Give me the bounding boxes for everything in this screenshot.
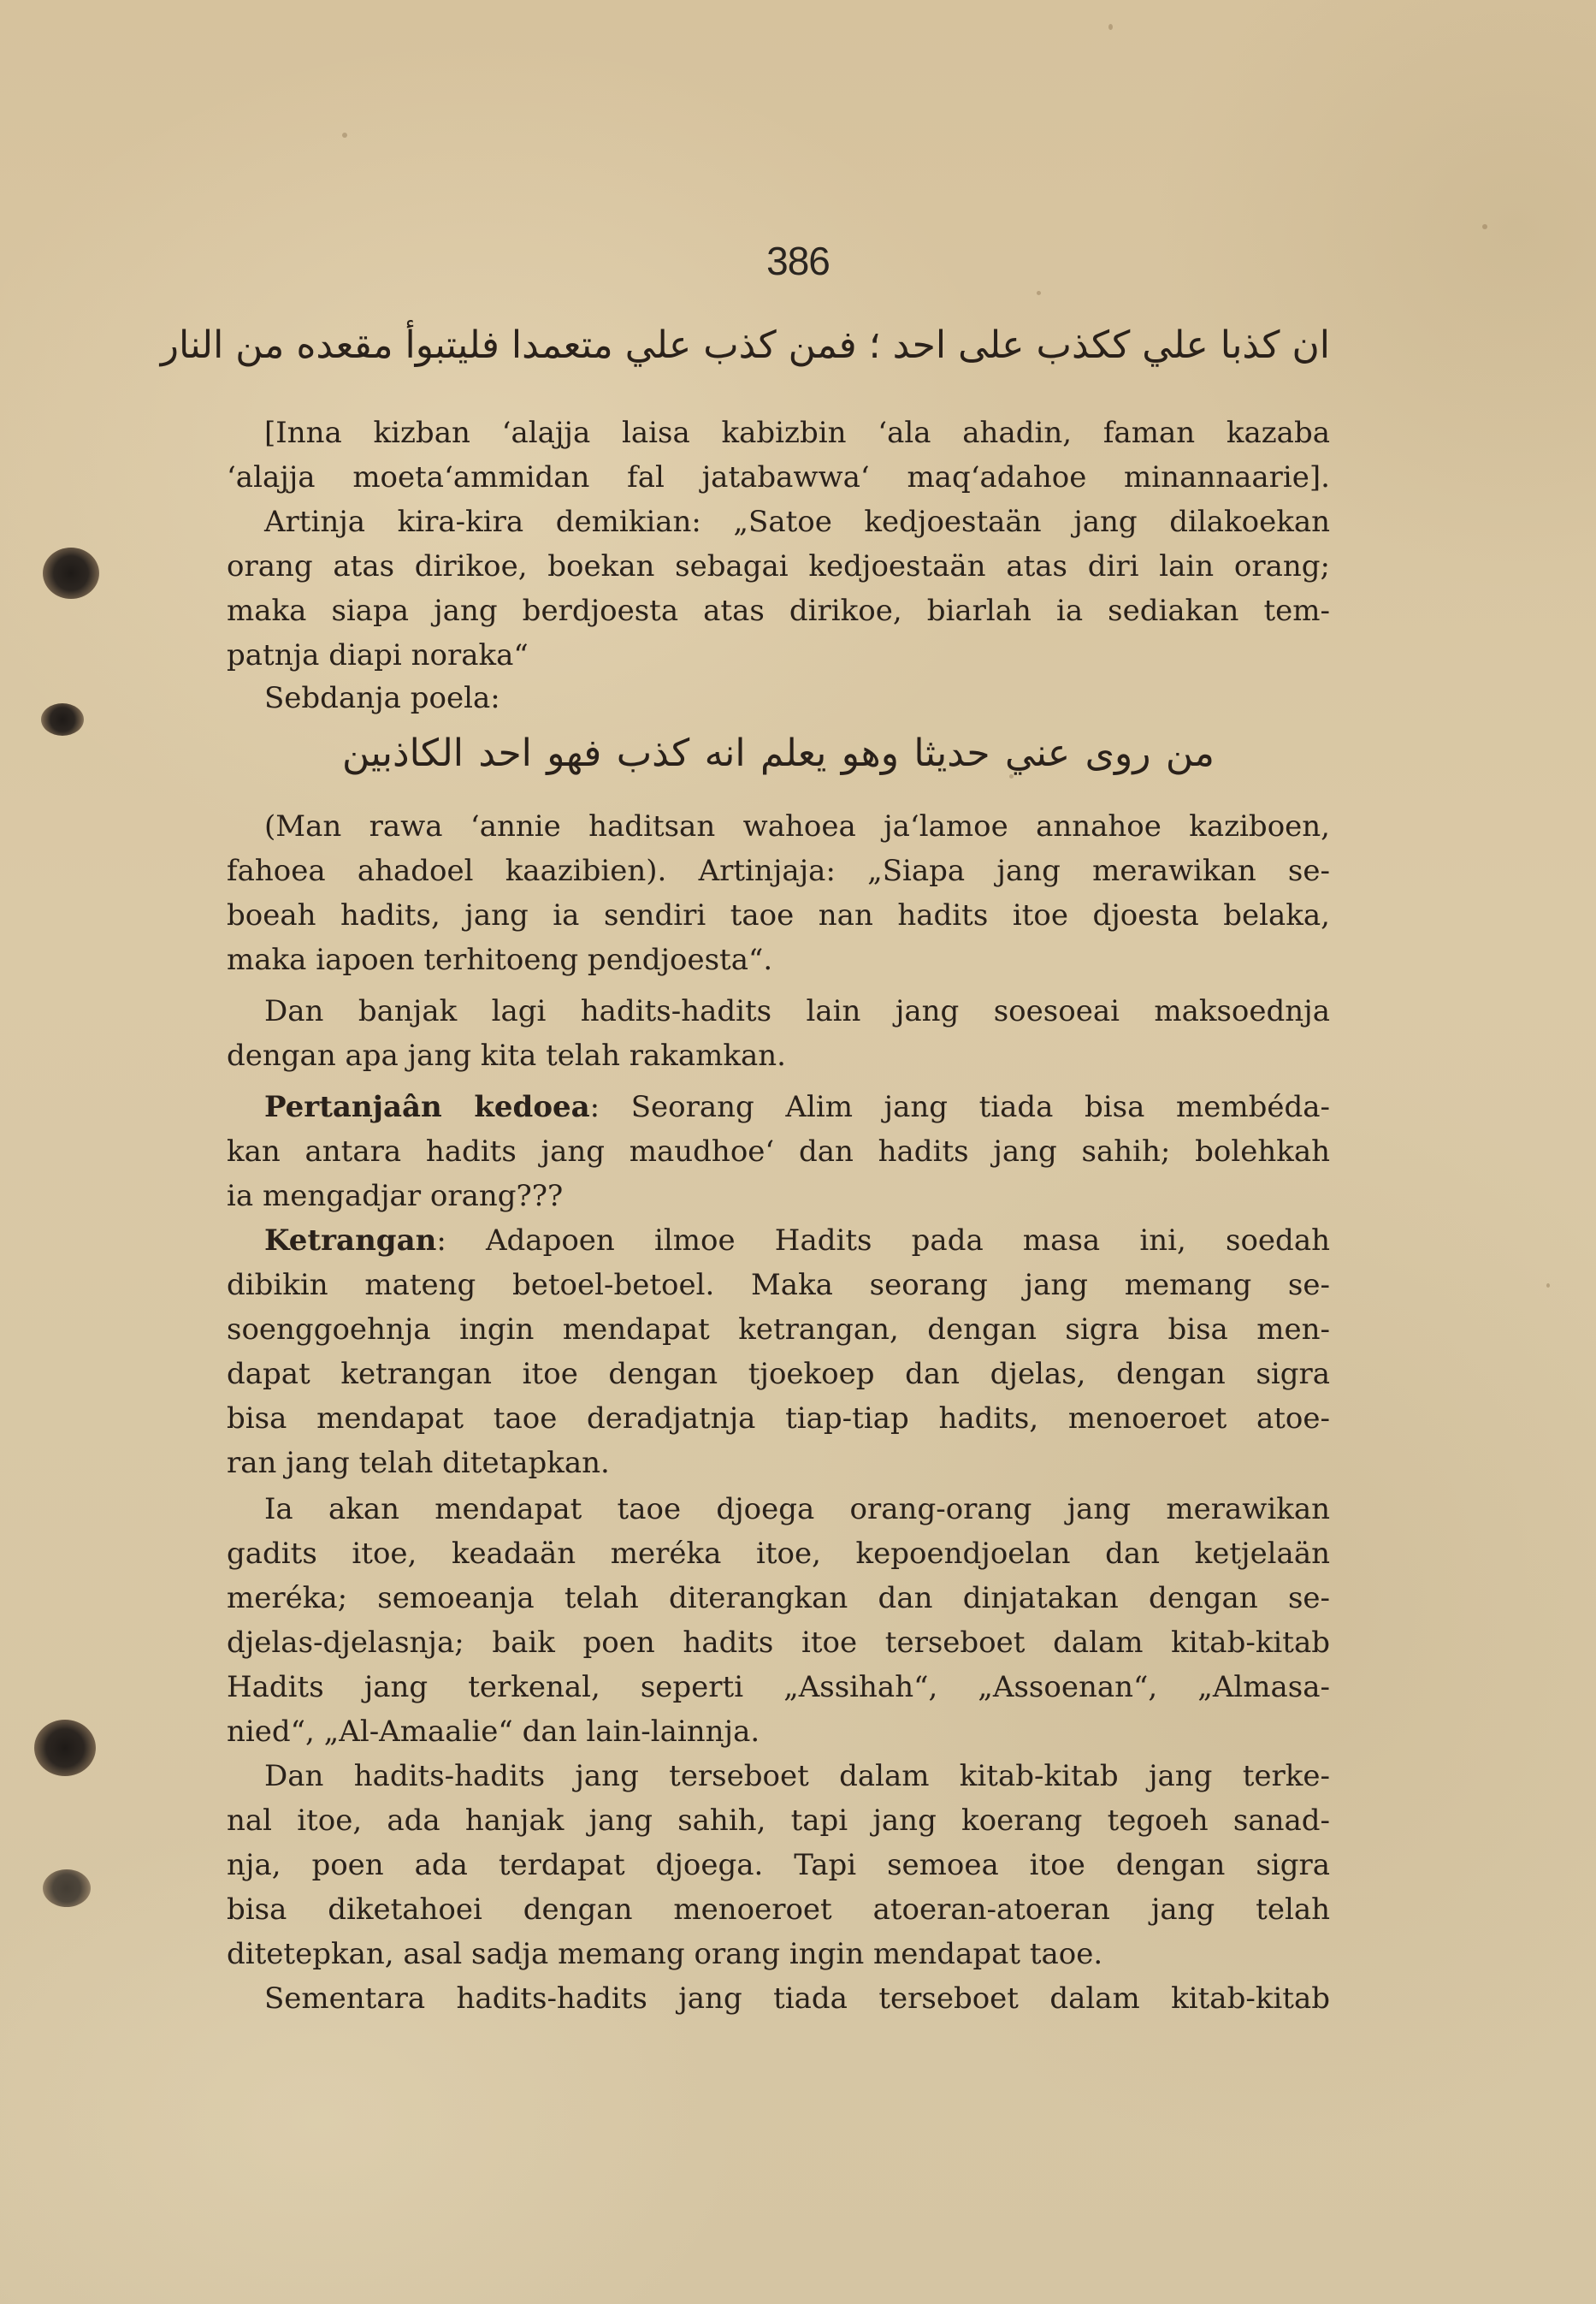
ketrangan-label: Ketrangan (264, 1223, 436, 1258)
paper-speck (1482, 224, 1487, 229)
text-line: gadits itoe, keadaän meréka itoe, kepoen… (227, 1531, 1330, 1576)
text-line: djelas-djelasnja; baik poen hadits itoe … (227, 1620, 1330, 1665)
transliteration-1: [Inna kizban ‘alajja laisa kabizbin ‘ala… (227, 411, 1330, 500)
text-line: dengan apa jang kita telah rakamkan. (227, 1034, 1330, 1078)
text-line: nal itoe, ada hanjak jang sahih, tapi ja… (227, 1798, 1330, 1843)
punch-hole (43, 548, 99, 599)
text-line: orang atas dirikoe, boekan sebagai kedjo… (227, 544, 1330, 589)
text-line: bisa mendapat taoe deradjatnja tiap-tiap… (227, 1396, 1330, 1441)
text-line: ‘alajja moeta‘ammidan fal jatabawwa‘ maq… (227, 455, 1330, 500)
paper-speck (1108, 24, 1113, 30)
text-line: Sementara hadits-hadits jang tiada terse… (227, 1976, 1330, 2021)
text-line: boeah hadits, jang ia sendiri taoe nan h… (227, 893, 1330, 938)
text-line: maka iapoen terhitoeng pendjoesta“. (227, 938, 1330, 982)
paragraph-dan-banjak: Dan banjak lagi hadits-hadits lain jang … (227, 989, 1330, 1078)
text-line: Dan hadits-hadits jang terseboet dalam k… (227, 1754, 1330, 1798)
punch-hole (41, 703, 84, 736)
text-line: Hadits jang terkenal, seperti „Assihah“,… (227, 1665, 1330, 1709)
text-line: meréka; semoeanja telah diterangkan dan … (227, 1576, 1330, 1620)
paragraph-ia-akan: Ia akan mendapat taoe djoega orang-orang… (227, 1487, 1330, 1754)
text-line: nied“, „Al-Amaalie“ dan lain-lainnja. (227, 1709, 1330, 1754)
text-line: dapat ketrangan itoe dengan tjoekoep dan… (227, 1352, 1330, 1396)
text-line: Ia akan mendapat taoe djoega orang-orang… (227, 1487, 1330, 1531)
paper-speck (342, 133, 347, 138)
text-line: patnja diapi noraka“ (227, 633, 1330, 678)
text-line: Artinja kira-kira demikian: „Satoe kedjo… (227, 500, 1330, 544)
text-line: bisa diketahoei dengan menoeroet atoeran… (227, 1887, 1330, 1932)
text-line: ditetepkan, asal sadja memang orang ingi… (227, 1932, 1330, 1976)
text-line: Dan banjak lagi hadits-hadits lain jang … (227, 989, 1330, 1034)
text-line: kan antara hadits jang maudhoe‘ dan hadi… (227, 1129, 1330, 1174)
text-line: ia mengadjar orang??? (227, 1174, 1330, 1218)
text-line: ran jang telah ditetapkan. (227, 1441, 1330, 1485)
paper-speck (1037, 291, 1041, 295)
question-label: Pertanjaân kedoea (264, 1090, 590, 1124)
question-2: Pertanjaân kedoea: Seorang Alim jang tia… (227, 1085, 1330, 1218)
punch-hole (34, 1720, 96, 1776)
text-line: nja, poen ada terdapat djoega. Tapi semo… (227, 1843, 1330, 1887)
paragraph-sementara: Sementara hadits-hadits jang tiada terse… (227, 1976, 1330, 2021)
punch-hole (43, 1869, 91, 1907)
translation-1: Artinja kira-kira demikian: „Satoe kedjo… (227, 500, 1330, 678)
arabic-hadith-1: ان كذبا علي ككذب على احد ؛ فمن كذب علي م… (227, 323, 1330, 367)
sebdanja-poela: Sebdanja poela: (227, 676, 1330, 720)
text-line: (Man rawa ‘annie haditsan wahoea ja‘lamo… (227, 804, 1330, 849)
text-line: maka siapa jang berdjoesta atas dirikoe,… (227, 589, 1330, 633)
text-line: fahoea ahadoel kaazibien). Artinjaja: „S… (227, 849, 1330, 893)
text-line: Sebdanja poela: (227, 676, 1330, 720)
page-number: 386 (0, 238, 1596, 284)
transliteration-2: (Man rawa ‘annie haditsan wahoea ja‘lamo… (227, 804, 1330, 982)
text-line: soenggoehnja ingin mendapat ketrangan, d… (227, 1307, 1330, 1352)
paragraph-dan-hadits: Dan hadits-hadits jang terseboet dalam k… (227, 1754, 1330, 1976)
text-line: dibikin mateng betoel-betoel. Maka seora… (227, 1263, 1330, 1307)
text-line: [Inna kizban ‘alajja laisa kabizbin ‘ala… (227, 411, 1330, 455)
arabic-hadith-2: من روى عني حديثا وهو يعلم انه كذب فهو اح… (342, 731, 1215, 775)
text-line: Pertanjaân kedoea: Seorang Alim jang tia… (227, 1085, 1330, 1129)
text-line: Ketrangan: Adapoen ilmoe Hadits pada mas… (227, 1218, 1330, 1263)
paper-speck (1546, 1283, 1550, 1288)
ketrangan: Ketrangan: Adapoen ilmoe Hadits pada mas… (227, 1218, 1330, 1485)
